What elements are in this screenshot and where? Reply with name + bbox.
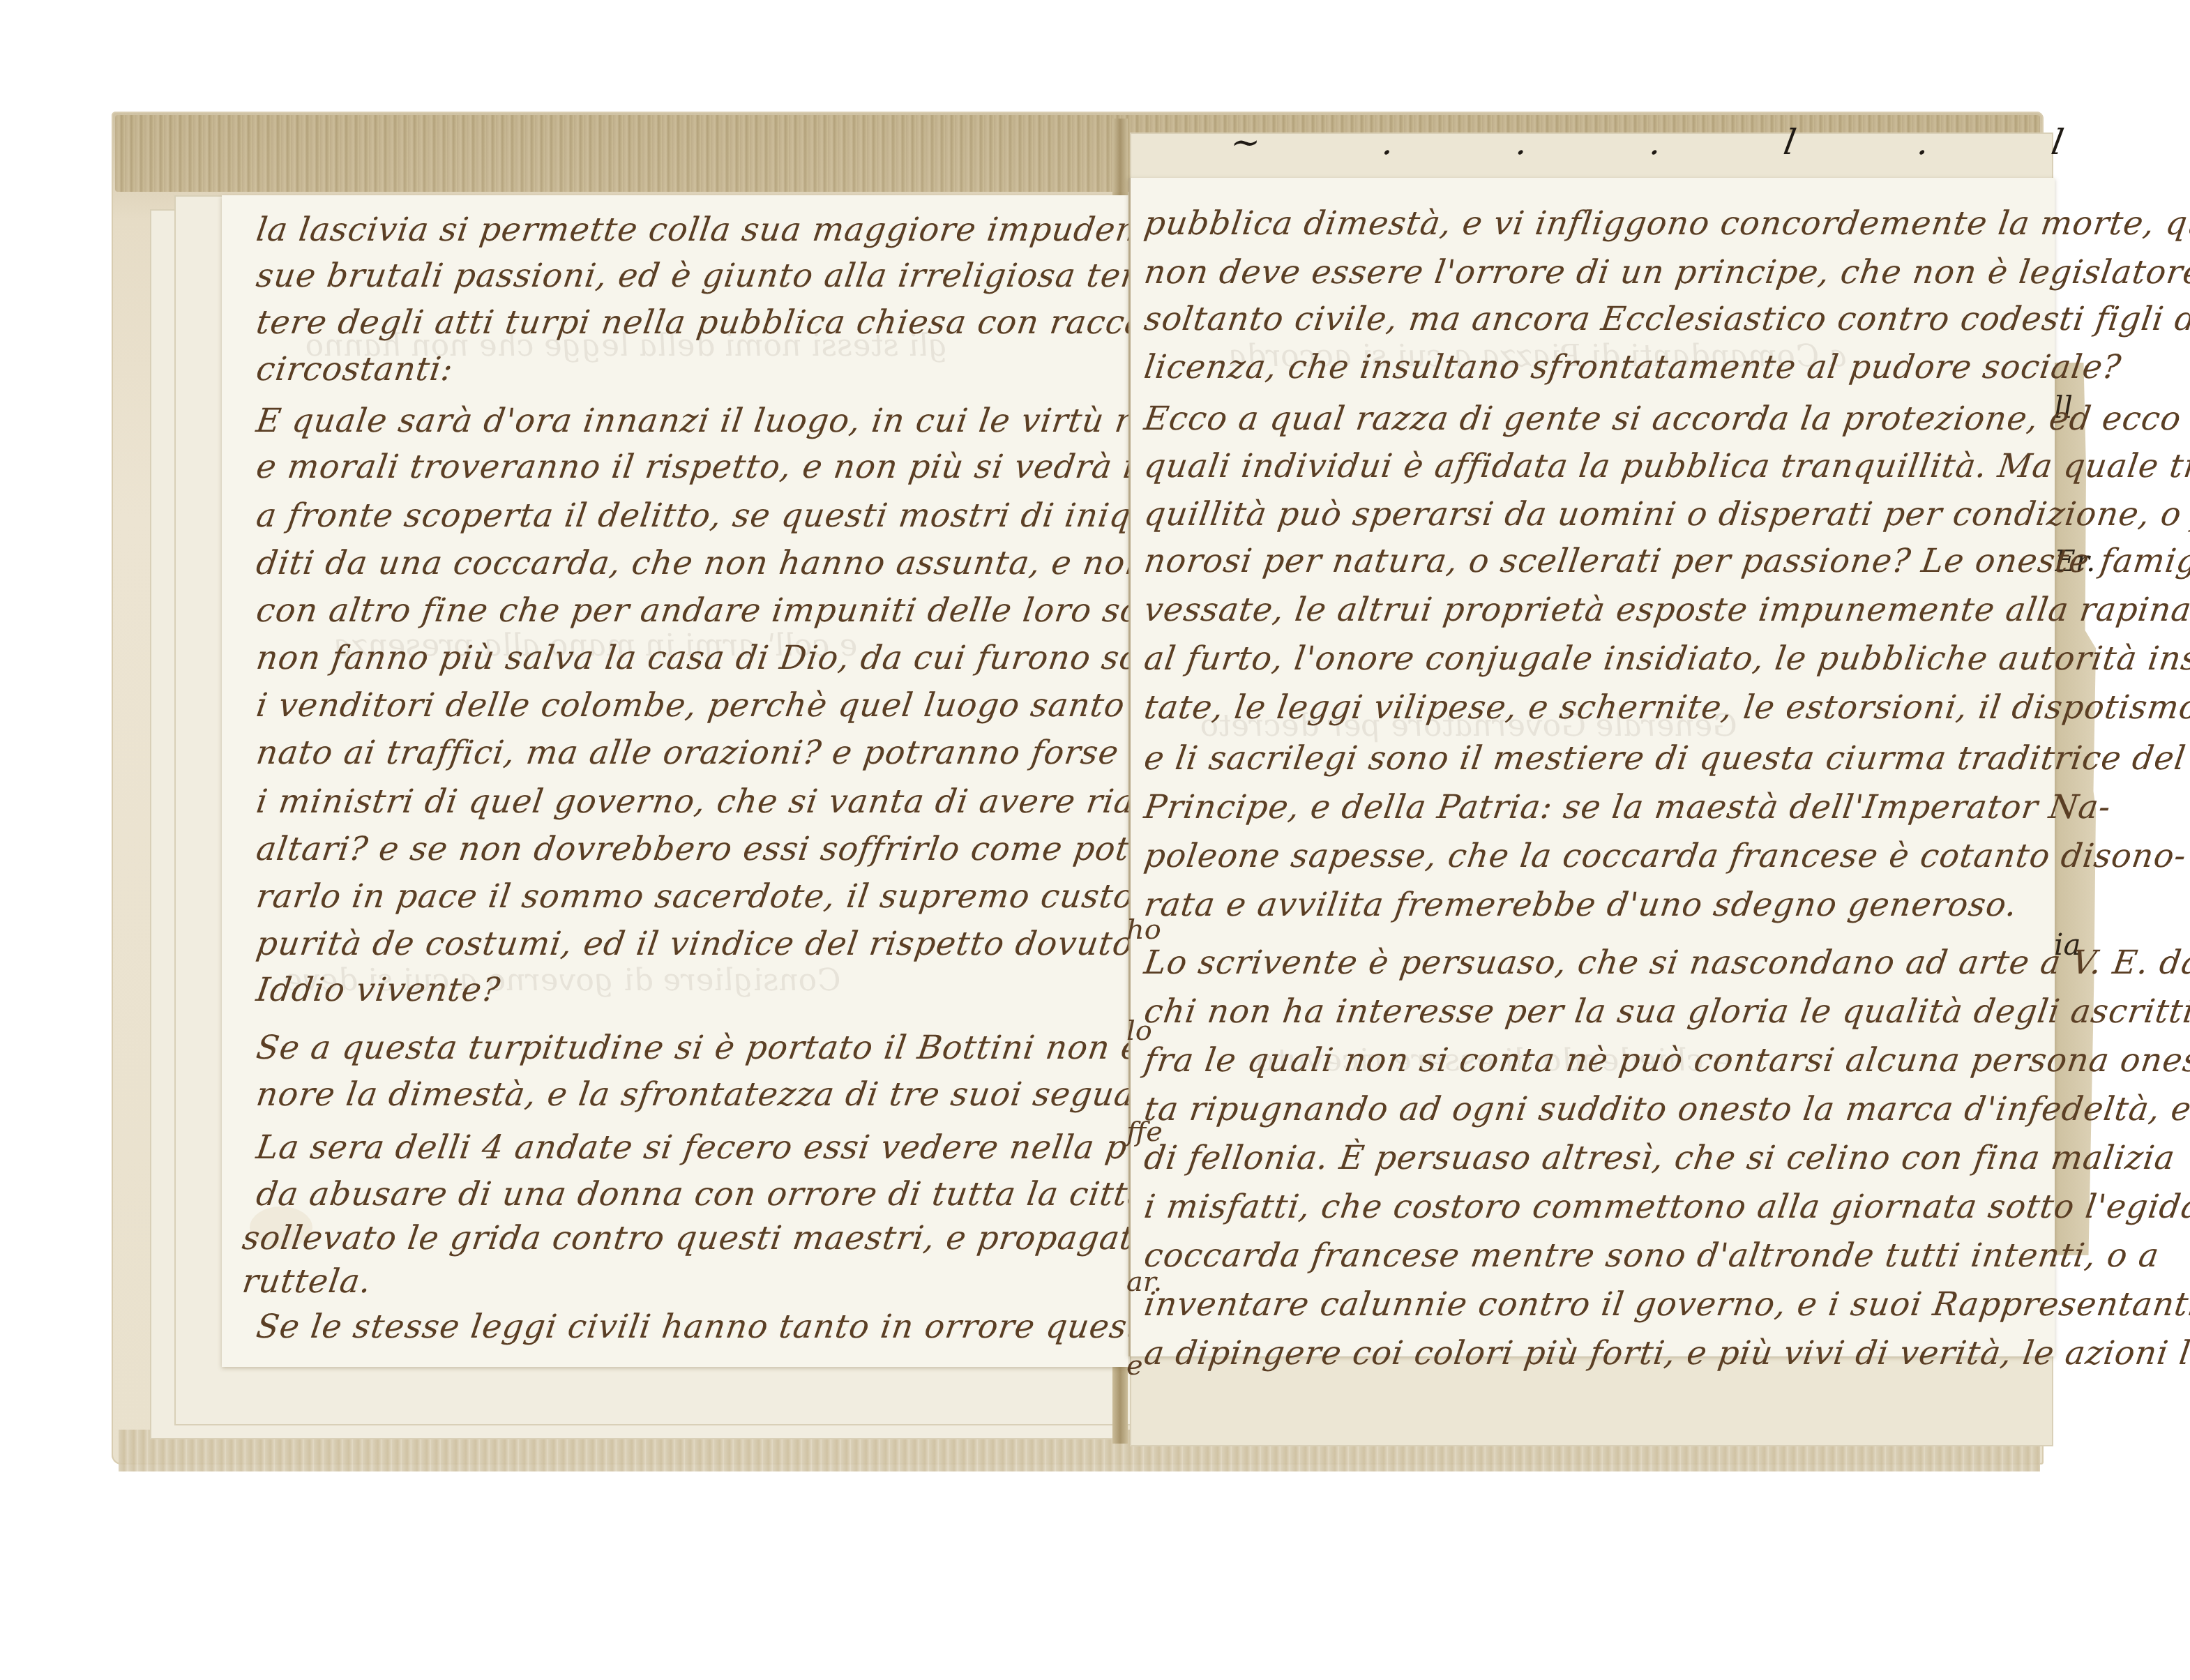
manuscript-line: norosi per natura, o scellerati per pass…: [1142, 542, 2190, 580]
margin-fragment: e: [1126, 1349, 1143, 1382]
manuscript-line: altari? e se non dovrebbero essi soffrir…: [254, 830, 1269, 868]
manuscript-line: quillità può sperarsi da uomini o disper…: [1142, 495, 2190, 533]
manuscript-line: poleone sapesse, che la coccarda frances…: [1142, 837, 2189, 875]
manuscript-line: E quale sarà d'ora innanzi il luogo, in …: [254, 402, 1278, 440]
manuscript-line: a dipingere coi colori più forti, e più …: [1142, 1334, 2190, 1372]
manuscript-line: licenza, che insultano sfrontatamente al…: [1142, 348, 2124, 386]
manuscript-line: inventare calunnie contro il governo, e …: [1142, 1285, 2190, 1324]
manuscript-line: non deve essere l'orrore di un principe,…: [1142, 253, 2190, 292]
manuscript-line: i misfatti, che costoro commettono alla …: [1142, 1188, 2190, 1226]
manuscript-line: vessate, le altrui proprietà esposte imp…: [1142, 591, 2190, 629]
manuscript-line: Lo scrivente è persuaso, che si nasconda…: [1142, 944, 2190, 982]
manuscript-line: nore la dimestà, e la sfrontatezza di tr…: [254, 1075, 1168, 1114]
margin-fragment: ho: [1126, 914, 1161, 946]
manuscript-line: Ecco a qual razza di gente si accorda la…: [1142, 400, 2190, 438]
manuscript-line: e li sacrilegi sono il mestiere di quest…: [1142, 739, 2188, 778]
manuscript-line: i ministri di quel governo, che si vanta…: [254, 782, 1267, 821]
manuscript-line: fra le quali non si conta nè può contars…: [1142, 1041, 2190, 1080]
manuscript-line: non fanno più salva la casa di Dio, da c…: [254, 639, 1256, 677]
manuscript-line: quali individui è affidata la pubblica t…: [1142, 447, 2190, 485]
manuscript-line: Principe, e della Patria: se la maestà d…: [1142, 788, 2113, 826]
manuscript-line: al furto, l'onore conjugale insidiato, l…: [1142, 640, 2190, 678]
left-page: gli stessi nomi della legge che non hann…: [222, 195, 1128, 1367]
manuscript-line: soltanto civile, ma ancora Ecclesiastico…: [1142, 300, 2190, 338]
manuscript-line: coccarda francese mentre sono d'altronde…: [1142, 1236, 2161, 1275]
manuscript-line: di fellonia. È persuaso altresì, che si …: [1142, 1139, 2177, 1177]
manuscript-line: nato ai traffici, ma alle orazioni? e po…: [254, 734, 1262, 772]
manuscript-line: Iddio vivente?: [254, 971, 503, 1009]
manuscript-line: ruttela.: [240, 1262, 374, 1301]
manuscript-line: rata e avvilita fremerebbe d'uno sdegno …: [1142, 886, 2020, 924]
manuscript-line: rarlo in pace il sommo sacerdote, il sup…: [254, 877, 1274, 916]
margin-fragment: ffe: [1126, 1116, 1163, 1148]
margin-fragment: lo: [1126, 1015, 1152, 1047]
right-page: a Comandanti di Piazza a cui si accorda …: [1128, 178, 2055, 1356]
manuscript-line: chi non ha interesse per la sua gloria l…: [1142, 992, 2190, 1031]
manuscript-line: ta ripugnando ad ogni suddito onesto la …: [1142, 1090, 2190, 1128]
manuscript-line: circostanti:: [254, 350, 455, 388]
manuscript-line: tate, le leggi vilipese, e schernite, le…: [1142, 688, 2190, 727]
manuscript-line: pubblica dimestà, e vi infliggono concor…: [1142, 204, 2190, 243]
margin-fragment: ar.: [1126, 1266, 1162, 1298]
